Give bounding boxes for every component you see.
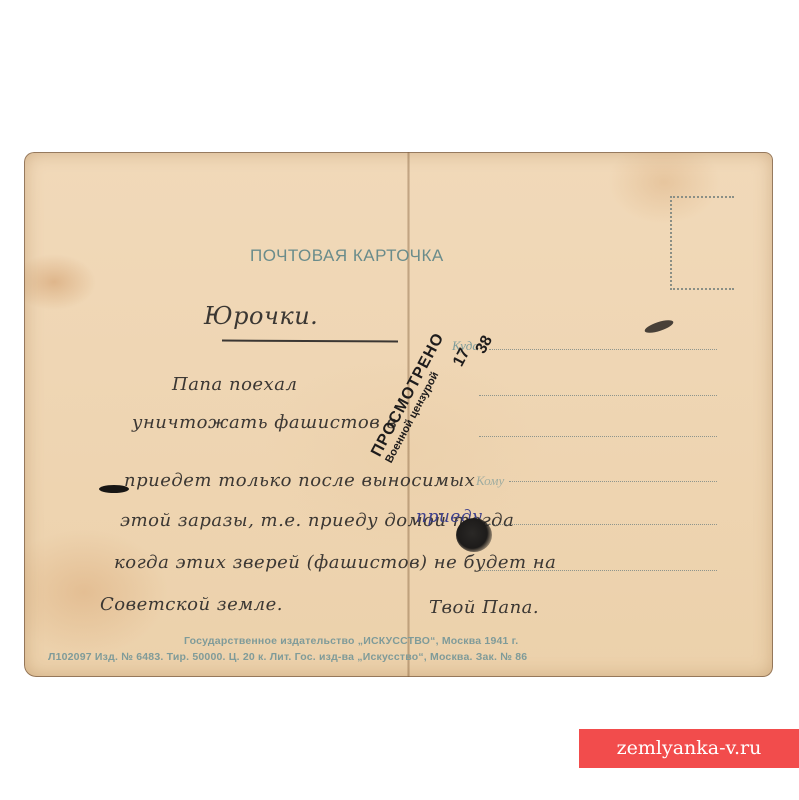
handwritten-line: уничтожать фашистов в (132, 412, 397, 433)
handwritten-line: приедет только после выносимых (124, 470, 475, 491)
handwritten-line: Папа поехал (172, 374, 297, 395)
print-details-imprint: Л102097 Изд. № 6483. Тир. 50000. Ц. 20 к… (48, 651, 527, 663)
greeting-underline (222, 340, 398, 343)
censor-stamp: ПРОСМОТРЕНО Военной цензурой 17 38 (369, 330, 459, 465)
stamp-placeholder-box (670, 196, 734, 290)
handwritten-line: когда этих зверей (фашистов) не будет на (114, 552, 556, 573)
handwritten-signature: Твой Папа. (429, 597, 539, 618)
ink-smudge (643, 318, 674, 336)
publisher-imprint: Государственное издательство „ИСКУССТВО“… (184, 635, 518, 647)
address-line (479, 395, 717, 396)
postcard: ПОЧТОВАЯ КАРТОЧКА Куда Кому Юрочки. Папа… (24, 152, 773, 677)
address-line (489, 349, 717, 350)
handwritten-line: Советской земле. (100, 594, 283, 615)
postcard-title: ПОЧТОВАЯ КАРТОЧКА (250, 246, 444, 266)
site-watermark: zemlyanka-v.ru (579, 729, 799, 768)
address-whom-label: Кому (476, 473, 504, 489)
address-line (479, 436, 717, 437)
address-line (509, 481, 717, 482)
ink-blot (456, 518, 492, 552)
address-line (479, 524, 717, 525)
ink-smudge (99, 485, 129, 493)
handwritten-greeting: Юрочки. (204, 302, 318, 330)
